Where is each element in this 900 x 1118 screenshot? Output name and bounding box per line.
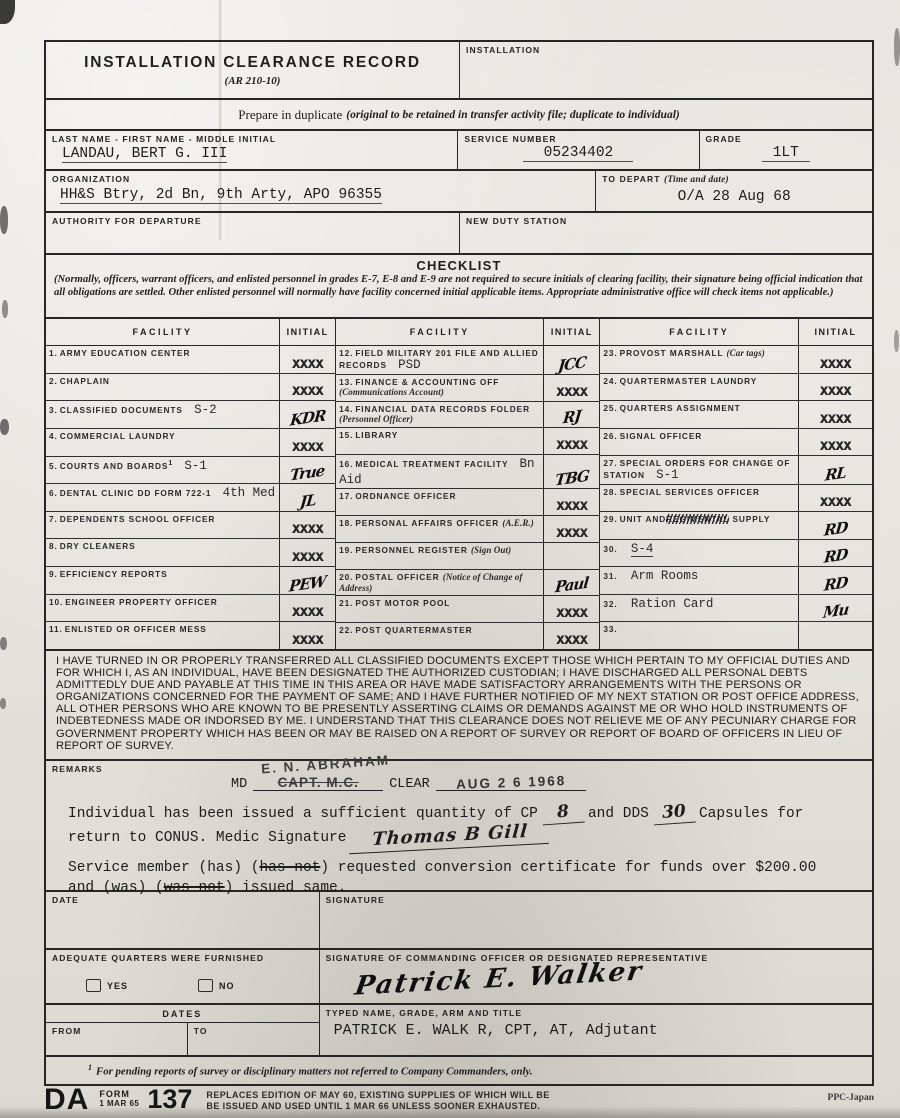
authority-cell: AUTHORITY FOR DEPARTURE <box>46 213 459 253</box>
organization-label: ORGANIZATION <box>46 171 595 184</box>
initial-cell: JCC <box>543 346 599 374</box>
checklist-row: 21.POST MOTOR POOL XXXX <box>336 596 599 623</box>
checklist-row: 29.UNIT ANDREGIMENTAL SUPPLY RD <box>600 512 872 540</box>
initial-cell: TBG <box>543 455 599 488</box>
facility-cell: 7.DEPENDENTS SCHOOL OFFICER <box>46 512 279 539</box>
checklist-row: 19.PERSONNEL REGISTER (Sign Out) <box>336 543 599 570</box>
scan-artifact <box>0 0 15 24</box>
initial-cell: XXXX <box>279 595 335 622</box>
dates-cell: DATES FROM TO <box>46 1005 319 1055</box>
checklist-row: 7.DEPENDENTS SCHOOL OFFICER XXXX <box>46 512 335 540</box>
facility-cell: 23.PROVOST MARSHALL (Car tags) <box>600 346 798 373</box>
facility-cell: 32. Ration Card <box>600 595 798 622</box>
checklist-row: 32. Ration Card Mu <box>600 595 872 623</box>
initial-cell <box>543 543 599 569</box>
initial-entry: XXXX <box>292 550 323 565</box>
facility-cell: 18.PERSONAL AFFAIRS OFFICER (A.E.R.) <box>336 516 543 542</box>
name-label: LAST NAME - FIRST NAME - MIDDLE INITIAL <box>46 131 457 144</box>
quarters-cell: ADEQUATE QUARTERS WERE FURNISHED YES NO <box>46 950 319 1003</box>
facility-cell: 9.EFFICIENCY REPORTS <box>46 567 279 594</box>
initial-cell <box>798 622 872 649</box>
initial-entry: JCC <box>557 353 587 375</box>
initial-entry: XXXX <box>556 606 587 621</box>
facility-cell: 25.QUARTERS ASSIGNMENT <box>600 401 798 428</box>
depart-label-italic: (Time and date) <box>664 175 729 185</box>
initial-cell: XXXX <box>279 374 335 401</box>
scan-artifact <box>894 28 900 66</box>
remarks-section: REMARKS E. N. ABRAHAM MDCAPT. M.C.CLEARA… <box>46 761 872 892</box>
commanding-officer-signature: Patrick E. Walker <box>352 956 644 1001</box>
checklist-row: 23.PROVOST MARSHALL (Car tags) XXXX <box>600 346 872 374</box>
scan-artifact <box>0 698 6 709</box>
facility-cell: 28.SPECIAL SERVICES OFFICER <box>600 485 798 512</box>
initial-entry: XXXX <box>292 357 323 372</box>
initial-entry: XXXX <box>820 495 851 510</box>
checklist-row: 26.SIGNAL OFFICER XXXX <box>600 429 872 457</box>
capsule-line-2: return to CONUS. Medic Signature Thomas … <box>68 824 862 849</box>
initial-cell: RD <box>798 540 872 567</box>
from-cell: FROM <box>46 1023 188 1055</box>
initial-cell: XXXX <box>798 374 872 401</box>
initial-entry: RD <box>823 573 848 595</box>
facility-cell: 26.SIGNAL OFFICER <box>600 429 798 456</box>
initial-entry: XXXX <box>556 385 587 400</box>
facility-cell: 13.FINANCE & ACCOUNTING OFF (Communicati… <box>336 375 543 401</box>
organization-row: ORGANIZATION HH&S Btry, 2d Bn, 9th Arty,… <box>46 171 872 213</box>
checklist-row: 10.ENGINEER PROPERTY OFFICER XXXX <box>46 595 335 623</box>
scan-artifact <box>2 300 8 318</box>
form-header: INSTALLATION CLEARANCE RECORD (AR 210-10… <box>46 42 872 100</box>
form-prefix: DA <box>44 1087 89 1113</box>
signature-cell: SIGNATURE <box>319 892 872 948</box>
initial-entry: PEW <box>289 572 327 596</box>
checklist-row: 15.LIBRARY XXXX <box>336 428 599 455</box>
initial-entry: True <box>290 462 326 485</box>
stamp-rank: CAPT. M.C. <box>278 775 359 790</box>
facility-cell: 12.FIELD MILITARY 201 FILE AND ALLIED RE… <box>336 346 543 374</box>
initial-cell: XXXX <box>279 429 335 456</box>
facility-cell: 33. <box>600 622 798 649</box>
initial-cell: JL <box>279 484 335 511</box>
service-number-label: SERVICE NUMBER <box>458 131 698 144</box>
facility-cell: 27.SPECIAL ORDERS FOR CHANGE OF STATION … <box>600 456 798 484</box>
facility-header: FACILITY <box>600 319 798 345</box>
initial-cell: XXXX <box>279 346 335 373</box>
no-checkbox <box>198 979 213 992</box>
initial-entry: RD <box>823 518 848 540</box>
initial-cell: Paul <box>543 570 599 596</box>
initial-cell: XXXX <box>543 375 599 401</box>
prepare-note: (original to be retained in transfer act… <box>346 109 679 121</box>
no-label: NO <box>219 981 235 991</box>
initial-entry: XXXX <box>556 438 587 453</box>
checklist-column-3: FACILITY INITIAL 23.PROVOST MARSHALL (Ca… <box>599 319 872 649</box>
identity-row: LAST NAME - FIRST NAME - MIDDLE INITIAL … <box>46 131 872 171</box>
typed-name-cell: TYPED NAME, GRADE, ARM AND TITLE PATRICK… <box>319 1005 872 1055</box>
organization-cell: ORGANIZATION HH&S Btry, 2d Bn, 9th Arty,… <box>46 171 595 211</box>
initial-entry: RD <box>823 546 848 568</box>
initial-entry: XXXX <box>820 412 851 427</box>
initial-entry: JL <box>299 491 316 512</box>
depart-label: TO DEPART <box>602 174 660 184</box>
yes-checkbox <box>86 979 101 992</box>
clear-label: CLEAR <box>389 777 430 792</box>
service-number-cell: SERVICE NUMBER 05234402 <box>457 131 698 169</box>
form-number: 137 <box>147 1087 192 1111</box>
facility-cell: 15.LIBRARY <box>336 428 543 454</box>
initial-entry: XXXX <box>292 522 323 537</box>
initial-cell: XXXX <box>543 428 599 454</box>
checklist-row: 31. Arm Rooms RD <box>600 567 872 595</box>
dates-typed-row: DATES FROM TO TYPED NAME, GRADE, ARM AND… <box>46 1005 872 1057</box>
facility-cell: 10.ENGINEER PROPERTY OFFICER <box>46 595 279 622</box>
facility-cell: 4.COMMERCIAL LAUNDRY <box>46 429 279 456</box>
facility-header: FACILITY <box>336 319 543 345</box>
checklist-row: 9.EFFICIENCY REPORTS PEW <box>46 567 335 595</box>
facility-cell: 17.ORDNANCE OFFICER <box>336 489 543 515</box>
service-number-value: 05234402 <box>523 145 633 162</box>
footnote-marker: 1 <box>88 1063 92 1072</box>
initial-entry: XXXX <box>556 526 587 541</box>
facility-cell: 14.FINANCIAL DATA RECORDS FOLDER (Person… <box>336 402 543 428</box>
form-regulation: (AR 210-10) <box>225 75 281 87</box>
typed-name-value: PATRICK E. WALK R, CPT, AT, Adjutant <box>334 1022 872 1039</box>
checklist-note: (Normally, officers, warrant officers, a… <box>46 273 872 300</box>
checklist-column-1: FACILITY INITIAL 1.ARMY EDUCATION CENTER… <box>46 319 335 649</box>
quarters-label: ADEQUATE QUARTERS WERE FURNISHED <box>46 950 319 963</box>
capsule-line-1: Individual has been issued a sufficient … <box>68 801 862 824</box>
facility-cell: 20.POSTAL OFFICER (Notice of Change of A… <box>336 570 543 596</box>
facility-cell: 29.UNIT ANDREGIMENTAL SUPPLY <box>600 512 798 539</box>
checklist-table: FACILITY INITIAL 1.ARMY EDUCATION CENTER… <box>46 319 872 651</box>
initial-entry: XXXX <box>820 439 851 454</box>
medical-stamp-line: MDCAPT. M.C.CLEARAUG 2 6 1968 <box>231 775 586 792</box>
form-word: FORM <box>99 1089 139 1099</box>
initial-header: INITIAL <box>279 319 335 345</box>
facility-cell: 31. Arm Rooms <box>600 567 798 594</box>
installation-cell: INSTALLATION <box>459 42 872 98</box>
checklist-row: 20.POSTAL OFFICER (Notice of Change of A… <box>336 570 599 597</box>
depart-cell: TO DEPART (Time and date) O/A 28 Aug 68 <box>595 171 872 211</box>
printer-mark: PPC-Japan <box>828 1093 874 1103</box>
checklist-row: 25.QUARTERS ASSIGNMENT XXXX <box>600 401 872 429</box>
initial-cell: XXXX <box>798 485 872 512</box>
initial-cell: XXXX <box>798 346 872 373</box>
new-duty-label: NEW DUTY STATION <box>460 213 872 226</box>
facility-cell: 16.MEDICAL TREATMENT FACILITY Bn Aid <box>336 455 543 488</box>
checklist-row: 33. <box>600 622 872 649</box>
initial-header: INITIAL <box>543 319 599 345</box>
initial-entry: XXXX <box>292 384 323 399</box>
signature-label: SIGNATURE <box>320 892 872 905</box>
initial-cell: XXXX <box>279 622 335 649</box>
to-cell: TO <box>188 1023 319 1055</box>
name-value: LANDAU, BERT G. III <box>62 146 227 163</box>
initial-cell: XXXX <box>798 401 872 428</box>
scan-artifact <box>0 419 9 435</box>
initial-entry: XXXX <box>292 605 323 620</box>
checklist-row: 18.PERSONAL AFFAIRS OFFICER (A.E.R.) XXX… <box>336 516 599 543</box>
initial-entry: XXXX <box>820 357 851 372</box>
initial-cell: PEW <box>279 567 335 594</box>
checklist-title: CHECKLIST <box>46 255 872 273</box>
facility-cell: 21.POST MOTOR POOL <box>336 596 543 622</box>
initial-cell: XXXX <box>543 516 599 542</box>
footnote-text: For pending reports of survey or discipl… <box>96 1066 533 1078</box>
facility-cell: 1.ARMY EDUCATION CENTER <box>46 346 279 373</box>
initial-entry: RL <box>824 463 847 484</box>
checklist-row: 22.POST QUARTERMASTER XXXX <box>336 623 599 649</box>
to-label: TO <box>188 1023 319 1036</box>
grade-cell: GRADE 1LT <box>699 131 872 169</box>
date-cell: DATE <box>46 892 319 948</box>
checklist-row: 3.CLASSIFIED DOCUMENTS S-2 KDR <box>46 401 335 429</box>
struck-has-not: has not <box>259 860 320 876</box>
facility-cell: 3.CLASSIFIED DOCUMENTS S-2 <box>46 401 279 428</box>
footnote-row: 1For pending reports of survey or discip… <box>46 1057 872 1084</box>
scan-artifact <box>0 206 8 234</box>
initial-cell: XXXX <box>543 489 599 515</box>
initial-entry: RJ <box>562 407 581 428</box>
conversion-line-1: Service member (has) (has not) requested… <box>68 858 862 878</box>
checklist-row: 14.FINANCIAL DATA RECORDS FOLDER (Person… <box>336 402 599 429</box>
initial-cell: RL <box>798 456 872 484</box>
initial-entry: TBG <box>554 467 590 490</box>
authority-label: AUTHORITY FOR DEPARTURE <box>46 213 459 226</box>
checklist-row: 5.COURTS AND BOARDS1 S-1 True <box>46 457 335 485</box>
prepare-row: Prepare in duplicate (original to be ret… <box>46 100 872 131</box>
stamp-date: AUG 2 6 1968 <box>455 773 566 792</box>
installation-clearance-form: INSTALLATION CLEARANCE RECORD (AR 210-10… <box>44 40 874 1086</box>
facility-cell: 11.ENLISTED OR OFFICER MESS <box>46 622 279 649</box>
remarks-body: Individual has been issued a sufficient … <box>68 801 862 898</box>
organization-value: HH&S Btry, 2d Bn, 9th Arty, APO 96355 <box>60 187 382 204</box>
initial-cell: XXXX <box>798 429 872 456</box>
co-signature-cell: SIGNATURE OF COMMANDING OFFICER OR DESIG… <box>319 950 872 1003</box>
initial-cell: RJ <box>543 402 599 428</box>
md-label: MD <box>231 777 247 792</box>
form-footer: DA FORM 1 MAR 65 137 REPLACES EDITION OF… <box>44 1087 874 1113</box>
replaces-line-2: BE ISSUED AND USED UNTIL 1 MAR 66 UNLESS… <box>206 1101 549 1112</box>
certification-text: I HAVE TURNED IN OR PROPERLY TRANSFERRED… <box>46 651 872 759</box>
initial-entry: Paul <box>554 574 589 597</box>
checklist-row: 16.MEDICAL TREATMENT FACILITY Bn Aid TBG <box>336 455 599 489</box>
checklist-row: 8.DRY CLEANERS XXXX <box>46 539 335 567</box>
initial-entry: KDR <box>289 406 326 429</box>
checklist-heading: CHECKLIST (Normally, officers, warrant o… <box>46 255 872 319</box>
replaces-line-1: REPLACES EDITION OF MAY 60, EXISTING SUP… <box>206 1090 549 1101</box>
facility-header: FACILITY <box>46 319 279 345</box>
checklist-row: 12.FIELD MILITARY 201 FILE AND ALLIED RE… <box>336 346 599 375</box>
checklist-row: 4.COMMERCIAL LAUNDRY XXXX <box>46 429 335 457</box>
scan-artifact <box>0 637 7 650</box>
checklist-row: 30. S-4 RD <box>600 540 872 568</box>
form-title: INSTALLATION CLEARANCE RECORD <box>84 54 421 72</box>
depart-value: O/A 28 Aug 68 <box>596 189 872 205</box>
checklist-column-2: FACILITY INITIAL 12.FIELD MILITARY 201 F… <box>335 319 599 649</box>
initial-cell: KDR <box>279 401 335 428</box>
facility-cell: 24.QUARTERMASTER LAUNDRY <box>600 374 798 401</box>
facility-cell: 6.DENTAL CLINIC DD FORM 722-1 4th Med <box>46 484 279 511</box>
checklist-row: 1.ARMY EDUCATION CENTER XXXX <box>46 346 335 374</box>
typed-name-label: TYPED NAME, GRADE, ARM AND TITLE <box>320 1005 872 1018</box>
certification-section: I HAVE TURNED IN OR PROPERLY TRANSFERRED… <box>46 651 872 761</box>
facility-cell: 22.POST QUARTERMASTER <box>336 623 543 649</box>
installation-label: INSTALLATION <box>460 42 872 55</box>
initial-cell: XXXX <box>543 596 599 622</box>
initial-entry: XXXX <box>292 440 323 455</box>
dds-quantity: 30 <box>652 800 696 826</box>
checklist-row: 24.QUARTERMASTER LAUNDRY XXXX <box>600 374 872 402</box>
checklist-row: 13.FINANCE & ACCOUNTING OFF (Communicati… <box>336 375 599 402</box>
initial-entry: XXXX <box>820 384 851 399</box>
checklist-row: 6.DENTAL CLINIC DD FORM 722-1 4th Med JL <box>46 484 335 512</box>
initial-cell: XXXX <box>279 512 335 539</box>
initial-cell: XXXX <box>279 539 335 566</box>
prepare-text: Prepare in duplicate <box>238 107 342 123</box>
grade-label: GRADE <box>700 131 872 144</box>
remarks-label: REMARKS <box>46 761 107 774</box>
initial-entry: XXXX <box>556 499 587 514</box>
facility-cell: 8.DRY CLEANERS <box>46 539 279 566</box>
authority-row: AUTHORITY FOR DEPARTURE NEW DUTY STATION <box>46 213 872 255</box>
yes-label: YES <box>107 981 128 991</box>
initial-cell: RD <box>798 512 872 539</box>
facility-cell: 2.CHAPLAIN <box>46 374 279 401</box>
initial-header: INITIAL <box>798 319 872 345</box>
form-edition-date: 1 MAR 65 <box>99 1099 139 1108</box>
scan-artifact <box>894 330 899 352</box>
facility-cell: 5.COURTS AND BOARDS1 S-1 <box>46 457 279 484</box>
new-duty-cell: NEW DUTY STATION <box>459 213 872 253</box>
initial-cell: Mu <box>798 595 872 622</box>
date-signature-row: DATE SIGNATURE <box>46 892 872 950</box>
checklist-row: 27.SPECIAL ORDERS FOR CHANGE OF STATION … <box>600 456 872 485</box>
initial-entry: Mu <box>822 600 849 622</box>
checklist-row: 28.SPECIAL SERVICES OFFICER XXXX <box>600 485 872 513</box>
quarters-row: ADEQUATE QUARTERS WERE FURNISHED YES NO … <box>46 950 872 1005</box>
name-cell: LAST NAME - FIRST NAME - MIDDLE INITIAL … <box>46 131 457 169</box>
from-label: FROM <box>46 1023 187 1036</box>
grade-value: 1LT <box>762 145 810 162</box>
checklist-row: 11.ENLISTED OR OFFICER MESS XXXX <box>46 622 335 649</box>
checklist-row: 17.ORDNANCE OFFICER XXXX <box>336 489 599 516</box>
title-cell: INSTALLATION CLEARANCE RECORD (AR 210-10… <box>46 42 459 98</box>
dates-label: DATES <box>46 1005 319 1023</box>
date-label: DATE <box>46 892 319 905</box>
facility-cell: 19.PERSONNEL REGISTER (Sign Out) <box>336 543 543 569</box>
initial-entry: XXXX <box>556 633 587 648</box>
facility-cell: 30. S-4 <box>600 540 798 567</box>
initial-cell: RD <box>798 567 872 594</box>
initial-cell: True <box>279 457 335 484</box>
checklist-row: 2.CHAPLAIN XXXX <box>46 374 335 402</box>
initial-cell: XXXX <box>543 623 599 649</box>
initial-entry: XXXX <box>292 633 323 648</box>
